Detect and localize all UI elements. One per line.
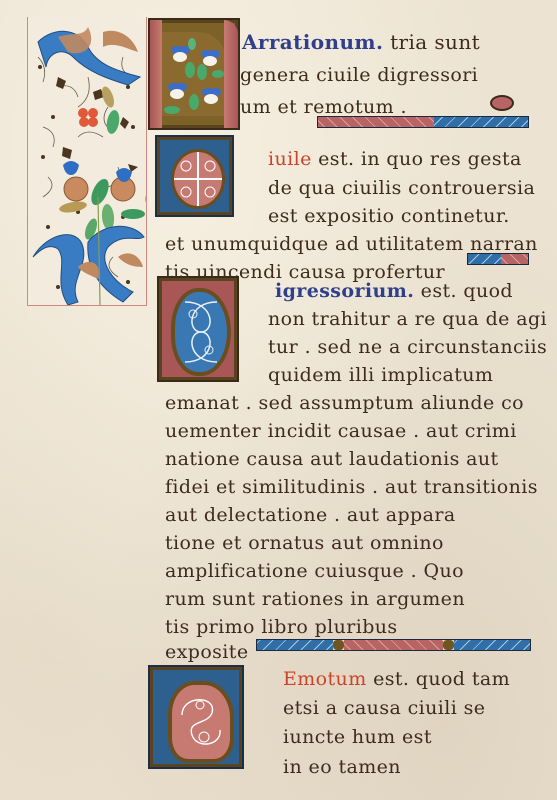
text-line: aut delectatione . aut appara [165, 504, 456, 526]
text-line: iuncte hum est [283, 726, 432, 748]
text-line: igressorium. est. quod [275, 280, 513, 302]
text-line: non trahitur a re qua de agi [268, 308, 547, 330]
scroll-filigree-icon [172, 685, 230, 759]
line-filler-ornament [467, 253, 529, 265]
floral-border [27, 17, 147, 306]
rubric-heading: Emotum [283, 668, 367, 690]
illuminated-initial-r [148, 665, 244, 769]
text-line: tur . sed ne a circunstanciis [268, 336, 547, 358]
text-line: quidem illi implicatum [268, 364, 493, 386]
interlace-filigree-icon [175, 292, 227, 372]
text-line: fidei et similitudinis . aut transitioni… [165, 476, 538, 498]
text-line: de qua ciuilis controuersia [268, 177, 535, 199]
text-line: exposite [165, 641, 248, 663]
text-line: emanat . sed assumptum aliunde co [165, 392, 524, 414]
text-line: rum sunt rationes in argumen [165, 588, 465, 610]
text-line: est expositio continetur. [268, 205, 510, 227]
manuscript-page: Arrationum. tria sunt genera ciuile digr… [0, 0, 557, 800]
text-line: tione et ornatus aut omnino [165, 532, 444, 554]
rubric-heading: iuile [268, 148, 312, 170]
text-line: Arrationum. tria sunt [242, 30, 480, 54]
initial-n-stem [150, 20, 162, 128]
text-line: Emotum est. quod tam [283, 668, 510, 690]
illuminated-initial-n [148, 18, 240, 130]
text-line: natione causa aut laudationis aut [165, 448, 499, 470]
text-line: genera ciuile digressori [240, 64, 478, 86]
text-line: in eo tamen [283, 756, 401, 778]
text-line: tis primo libro pluribus [165, 616, 398, 638]
text-line: et unumquidque ad utilitatem narran [165, 233, 538, 255]
floral-border-artwork [28, 17, 146, 305]
roundel-ornament-icon [490, 95, 514, 111]
line-filler-ornament [317, 116, 529, 128]
initial-n-arch [224, 20, 238, 128]
initial-n-gold-field [162, 32, 226, 116]
illuminated-initial-c [155, 135, 234, 217]
initial-d-filigree-disc [171, 288, 231, 376]
text-line: etsi a causa ciuili se [283, 697, 485, 719]
text-line: um et remotum . [240, 96, 407, 118]
initial-r-filigree-disc [168, 681, 234, 763]
text-line: iuile est. in quo res gesta [268, 148, 522, 170]
pansy-flowers-icon [162, 32, 226, 116]
line-filler-ornament [256, 639, 531, 651]
rubric-heading: Arrationum. [242, 30, 383, 54]
rubric-heading: igressorium. [275, 280, 414, 302]
text-line: uementer incidit causae . aut crimi [165, 420, 517, 442]
illuminated-initial-d [157, 276, 239, 382]
initial-c-filigree-disc [171, 149, 225, 209]
cross-filigree-icon [174, 152, 222, 206]
text-line: amplificatione cuiusque . Quo [165, 560, 464, 582]
red-flower-icon [78, 108, 98, 127]
